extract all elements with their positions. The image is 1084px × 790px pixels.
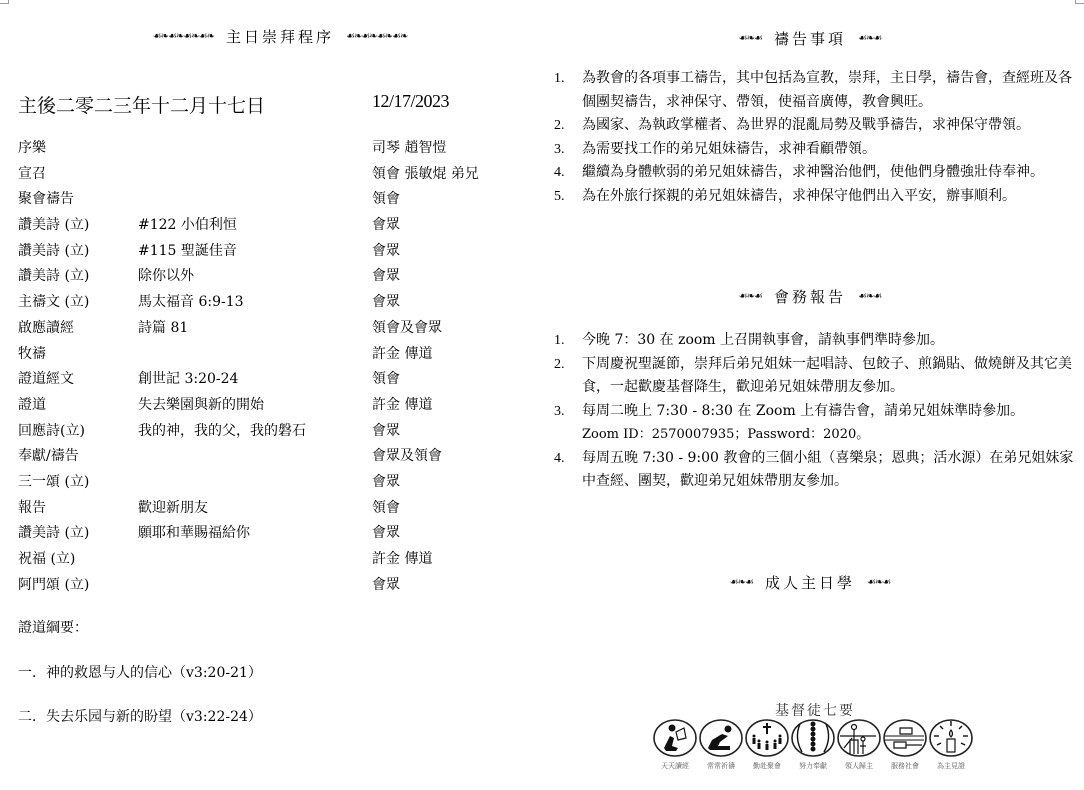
- order-item: 證道經文: [18, 368, 74, 390]
- order-leader: 會眾: [372, 574, 400, 596]
- order-leader: 會眾: [372, 522, 400, 544]
- order-item: 宣召: [18, 163, 46, 185]
- order-item: 祝福 (立): [18, 548, 75, 570]
- order-item: 讚美詩 (立): [18, 240, 89, 262]
- order-leader: 許金 傳道: [372, 548, 432, 570]
- item-text: 每周二晚上 7:30 - 8:30 在 Zoom 上有禱告會，請弟兄姐妹準時參加…: [582, 403, 1024, 419]
- order-detail: 我的神，我的父，我的磐石: [138, 420, 306, 442]
- order-row: 啟應讀經詩篇 81領會及會眾: [18, 317, 518, 343]
- announcement-item: 2.下周慶祝聖誕節，崇拜后弟兄姐妹一起唱詩、包餃子、煎鍋貼、做燒餅及其它美食，一…: [554, 353, 1082, 400]
- section-title: 成人主日學: [765, 572, 855, 593]
- order-item: 阿門頌 (立): [18, 574, 89, 596]
- order-leader: 會眾: [372, 291, 400, 313]
- essential-label: 為主見證: [937, 761, 965, 771]
- order-item: 讚美詩 (立): [18, 265, 89, 287]
- order-row: 證道經文創世記 3:20-24領會: [18, 368, 518, 394]
- item-text: 下周慶祝聖誕節，崇拜后弟兄姐妹一起唱詩、包餃子、煎鍋貼、做燒餅及其它美食，一起歡…: [582, 353, 1082, 400]
- order-leader: 會眾: [372, 265, 400, 287]
- item-number: 3.: [554, 400, 582, 447]
- congregation-cross-icon: [744, 718, 790, 758]
- essential-item: 領人歸主: [836, 718, 882, 771]
- order-item: 啟應讀經: [18, 317, 74, 339]
- announcements-heading: ☙❧☙ 會務報告 ☙❧☙: [690, 286, 930, 307]
- order-row: 三一頌 (立)會眾: [18, 471, 518, 497]
- order-item: 讚美詩 (立): [18, 522, 89, 544]
- bible-reading-icon: [652, 718, 698, 758]
- order-leader: 會眾: [372, 240, 400, 262]
- essential-label: 勤赴聚會: [753, 761, 781, 771]
- zoom-credentials: Zoom ID：2570007935；Password：2020。: [582, 427, 869, 442]
- sermon-outline-title: 證道綱要：: [18, 617, 88, 637]
- section-title: 會務報告: [774, 286, 846, 307]
- order-leader: 許金 傳道: [372, 394, 432, 416]
- order-item: 聚會禱告: [18, 188, 74, 210]
- item-number: 1.: [554, 67, 582, 114]
- order-item: 序樂: [18, 137, 46, 159]
- prayer-item: 2.為國家、為執政掌權者、為世界的混亂局勢及戰爭禱告，求神保守帶領。: [554, 114, 1082, 138]
- announcement-item: 3.每周二晚上 7:30 - 8:30 在 Zoom 上有禱告會，請弟兄姐妹準時…: [554, 400, 1082, 447]
- order-row: 祝福 (立)許金 傳道: [18, 548, 518, 574]
- order-row: 奉獻/禱告會眾及領會: [18, 445, 518, 471]
- date-chinese: 主後二零二三年十二月十七日: [18, 91, 265, 118]
- worship-order-list: 序樂司琴 趙智愷 宣召領會 張敏焜 弟兄 聚會禱告領會 讚美詩 (立)#122 …: [18, 137, 518, 599]
- date-numeric: 12/17/2023: [372, 91, 449, 112]
- prayer-item: 3.為需要找工作的弟兄姐妹禱告，求神看顧帶領。: [554, 138, 1082, 162]
- order-row: 讚美詩 (立)除你以外會眾: [18, 265, 518, 291]
- seven-essentials-title: 基督徒七要: [652, 700, 978, 720]
- sermon-outline-point: 一．神的救恩与人的信心（v3:20-21）: [18, 662, 262, 682]
- fish-offering-icon: [790, 718, 836, 758]
- order-leader: 會眾: [372, 420, 400, 442]
- worship-order-heading: ☙❧☙❧☙❧☙❧ 主日崇拜程序 ☙❧☙❧☙❧☙❧: [100, 26, 460, 47]
- order-leader: 會眾: [372, 471, 400, 493]
- essential-label: 服務社會: [891, 761, 919, 771]
- order-item: 讚美詩 (立): [18, 214, 89, 236]
- item-number: 1.: [554, 329, 582, 353]
- order-row: 聚會禱告領會: [18, 188, 518, 214]
- order-leader: 會眾及領會: [372, 445, 442, 467]
- order-leader: 領會: [372, 497, 400, 519]
- item-number: 2.: [554, 353, 582, 400]
- item-text: 每周五晚 7:30 - 9:00 教會的三個小組（喜樂泉；恩典；活水源）在弟兄姐…: [582, 447, 1082, 494]
- item-text: 為教會的各項事工禱告，其中包括為宣教，崇拜，主日學，禱告會，查經班及各個團契禱告…: [582, 67, 1082, 114]
- order-leader: 領會及會眾: [372, 317, 442, 339]
- prayer-item: 4.繼續為身體軟弱的弟兄姐妹禱告，求神醫治他們，使他們身體強壯侍奉神。: [554, 161, 1082, 185]
- essential-item: 服務社會: [882, 718, 928, 771]
- kneeling-prayer-icon: [698, 718, 744, 758]
- ornament-flourish-icon: ☙❧☙❧☙❧☙❧: [153, 31, 214, 42]
- order-item: 奉獻/禱告: [18, 445, 79, 467]
- ornament-flourish-icon: ☙❧☙: [867, 577, 890, 588]
- section-title: 禱告事項: [774, 28, 846, 49]
- leading-people-icon: [836, 718, 882, 758]
- announcement-item: 1.今晚 7：30 在 zoom 上召開執事會，請執事們準時參加。: [554, 329, 1082, 353]
- order-detail: 願耶和華賜福給你: [138, 522, 250, 544]
- prayer-list: 1.為教會的各項事工禱告，其中包括為宣教，崇拜，主日學，禱告會，查經班及各個團契…: [554, 67, 1082, 208]
- order-detail: 除你以外: [138, 265, 194, 287]
- order-detail: 馬太福音 6:9-13: [138, 291, 244, 313]
- order-detail: 歡迎新朋友: [138, 497, 208, 519]
- order-leader: 領會 張敏焜 弟兄: [372, 163, 479, 185]
- essential-item: 常常祈禱: [698, 718, 744, 771]
- order-item: 主禱文 (立): [18, 291, 89, 313]
- order-item: 報告: [18, 497, 46, 519]
- item-number: 5.: [554, 185, 582, 209]
- item-text: 為需要找工作的弟兄姐妹禱告，求神看顧帶領。: [582, 138, 1082, 162]
- ornament-flourish-icon: ☙❧☙: [858, 291, 881, 302]
- announcement-item: 4.每周五晚 7:30 - 9:00 教會的三個小組（喜樂泉；恩典；活水源）在弟…: [554, 447, 1082, 494]
- order-detail: 失去樂園與新的開始: [138, 394, 264, 416]
- order-row: 阿門頌 (立)會眾: [18, 574, 518, 600]
- prayer-item: 5.為在外旅行探親的弟兄姐妹禱告，求神保守他們出入平安，辦事順利。: [554, 185, 1082, 209]
- ornament-flourish-icon: ☙❧☙: [730, 577, 753, 588]
- order-row: 回應詩(立)我的神，我的父，我的磐石會眾: [18, 420, 518, 446]
- prayer-heading: ☙❧☙ 禱告事項 ☙❧☙: [690, 28, 930, 49]
- item-text: 為在外旅行探親的弟兄姐妹禱告，求神保守他們出入平安，辦事順利。: [582, 185, 1082, 209]
- essential-item: 天天讀經: [652, 718, 698, 771]
- order-detail: #115 聖誕佳音: [138, 240, 237, 262]
- order-detail: 創世記 3:20-24: [138, 368, 238, 390]
- order-leader: 領會: [372, 368, 400, 390]
- item-number: 3.: [554, 138, 582, 162]
- essential-label: 努力奉獻: [799, 761, 827, 771]
- order-leader: 領會: [372, 188, 400, 210]
- item-number: 4.: [554, 161, 582, 185]
- order-detail: 詩篇 81: [138, 317, 188, 339]
- item-number: 4.: [554, 447, 582, 494]
- order-row: 宣召領會 張敏焜 弟兄: [18, 163, 518, 189]
- ornament-flourish-icon: ☙❧☙: [858, 33, 881, 44]
- essential-label: 天天讀經: [661, 761, 689, 771]
- order-leader: 會眾: [372, 214, 400, 236]
- order-row: 牧禱許金 傳道: [18, 343, 518, 369]
- helping-hands-icon: [882, 718, 928, 758]
- order-item: 證道: [18, 394, 46, 416]
- order-row: 報告歡迎新朋友領會: [18, 497, 518, 523]
- item-text: 今晚 7：30 在 zoom 上召開執事會，請執事們準時參加。: [582, 329, 1082, 353]
- essential-label: 領人歸主: [845, 761, 873, 771]
- order-detail: #122 小伯利恒: [138, 214, 237, 236]
- ornament-flourish-icon: ☙❧☙: [739, 291, 762, 302]
- order-leader: 許金 傳道: [372, 343, 432, 365]
- item-text: 繼續為身體軟弱的弟兄姐妹禱告，求神醫治他們，使他們身體強壯侍奉神。: [582, 161, 1082, 185]
- prayer-item: 1.為教會的各項事工禱告，其中包括為宣教，崇拜，主日學，禱告會，查經班及各個團契…: [554, 67, 1082, 114]
- order-row: 讚美詩 (立)#122 小伯利恒會眾: [18, 214, 518, 240]
- order-row: 讚美詩 (立)願耶和華賜福給你會眾: [18, 522, 518, 548]
- sermon-outline-point: 二．失去乐园与新的盼望（v3:22-24）: [18, 706, 262, 726]
- item-text: 為國家、為執政掌權者、為世界的混亂局勢及戰爭禱告，求神保守帶領。: [582, 114, 1082, 138]
- order-row: 證道失去樂園與新的開始許金 傳道: [18, 394, 518, 420]
- sunday-school-heading: ☙❧☙ 成人主日學 ☙❧☙: [690, 572, 930, 593]
- order-item: 回應詩(立): [18, 420, 85, 442]
- order-item: 牧禱: [18, 343, 46, 365]
- essential-item: 努力奉獻: [790, 718, 836, 771]
- section-title: 主日崇拜程序: [226, 26, 334, 47]
- announcement-list: 1.今晚 7：30 在 zoom 上召開執事會，請執事們準時參加。 2.下周慶祝…: [554, 329, 1082, 494]
- order-leader: 司琴 趙智愷: [372, 137, 446, 159]
- announcements-page: ☙❧☙ 禱告事項 ☙❧☙ 1.為教會的各項事工禱告，其中包括為宣教，崇拜，主日學…: [540, 0, 1084, 790]
- order-item: 三一頌 (立): [18, 471, 89, 493]
- candle-light-icon: [928, 718, 974, 758]
- essential-label: 常常祈禱: [707, 761, 735, 771]
- ornament-flourish-icon: ☙❧☙: [739, 33, 762, 44]
- order-row: 序樂司琴 趙智愷: [18, 137, 518, 163]
- ornament-flourish-icon: ☙❧☙❧☙❧☙❧: [346, 31, 407, 42]
- seven-essentials-icons: 天天讀經 常常祈禱: [652, 718, 974, 771]
- seven-essentials-graphic: 基督徒七要 天天讀經 常常祈禱: [652, 700, 978, 780]
- order-row: 讚美詩 (立)#115 聖誕佳音會眾: [18, 240, 518, 266]
- essential-item: 為主見證: [928, 718, 974, 771]
- order-row: 主禱文 (立)馬太福音 6:9-13會眾: [18, 291, 518, 317]
- essential-item: 勤赴聚會: [744, 718, 790, 771]
- worship-order-page: ☙❧☙❧☙❧☙❧ 主日崇拜程序 ☙❧☙❧☙❧☙❧ 主後二零二三年十二月十七日 1…: [0, 0, 530, 790]
- item-number: 2.: [554, 114, 582, 138]
